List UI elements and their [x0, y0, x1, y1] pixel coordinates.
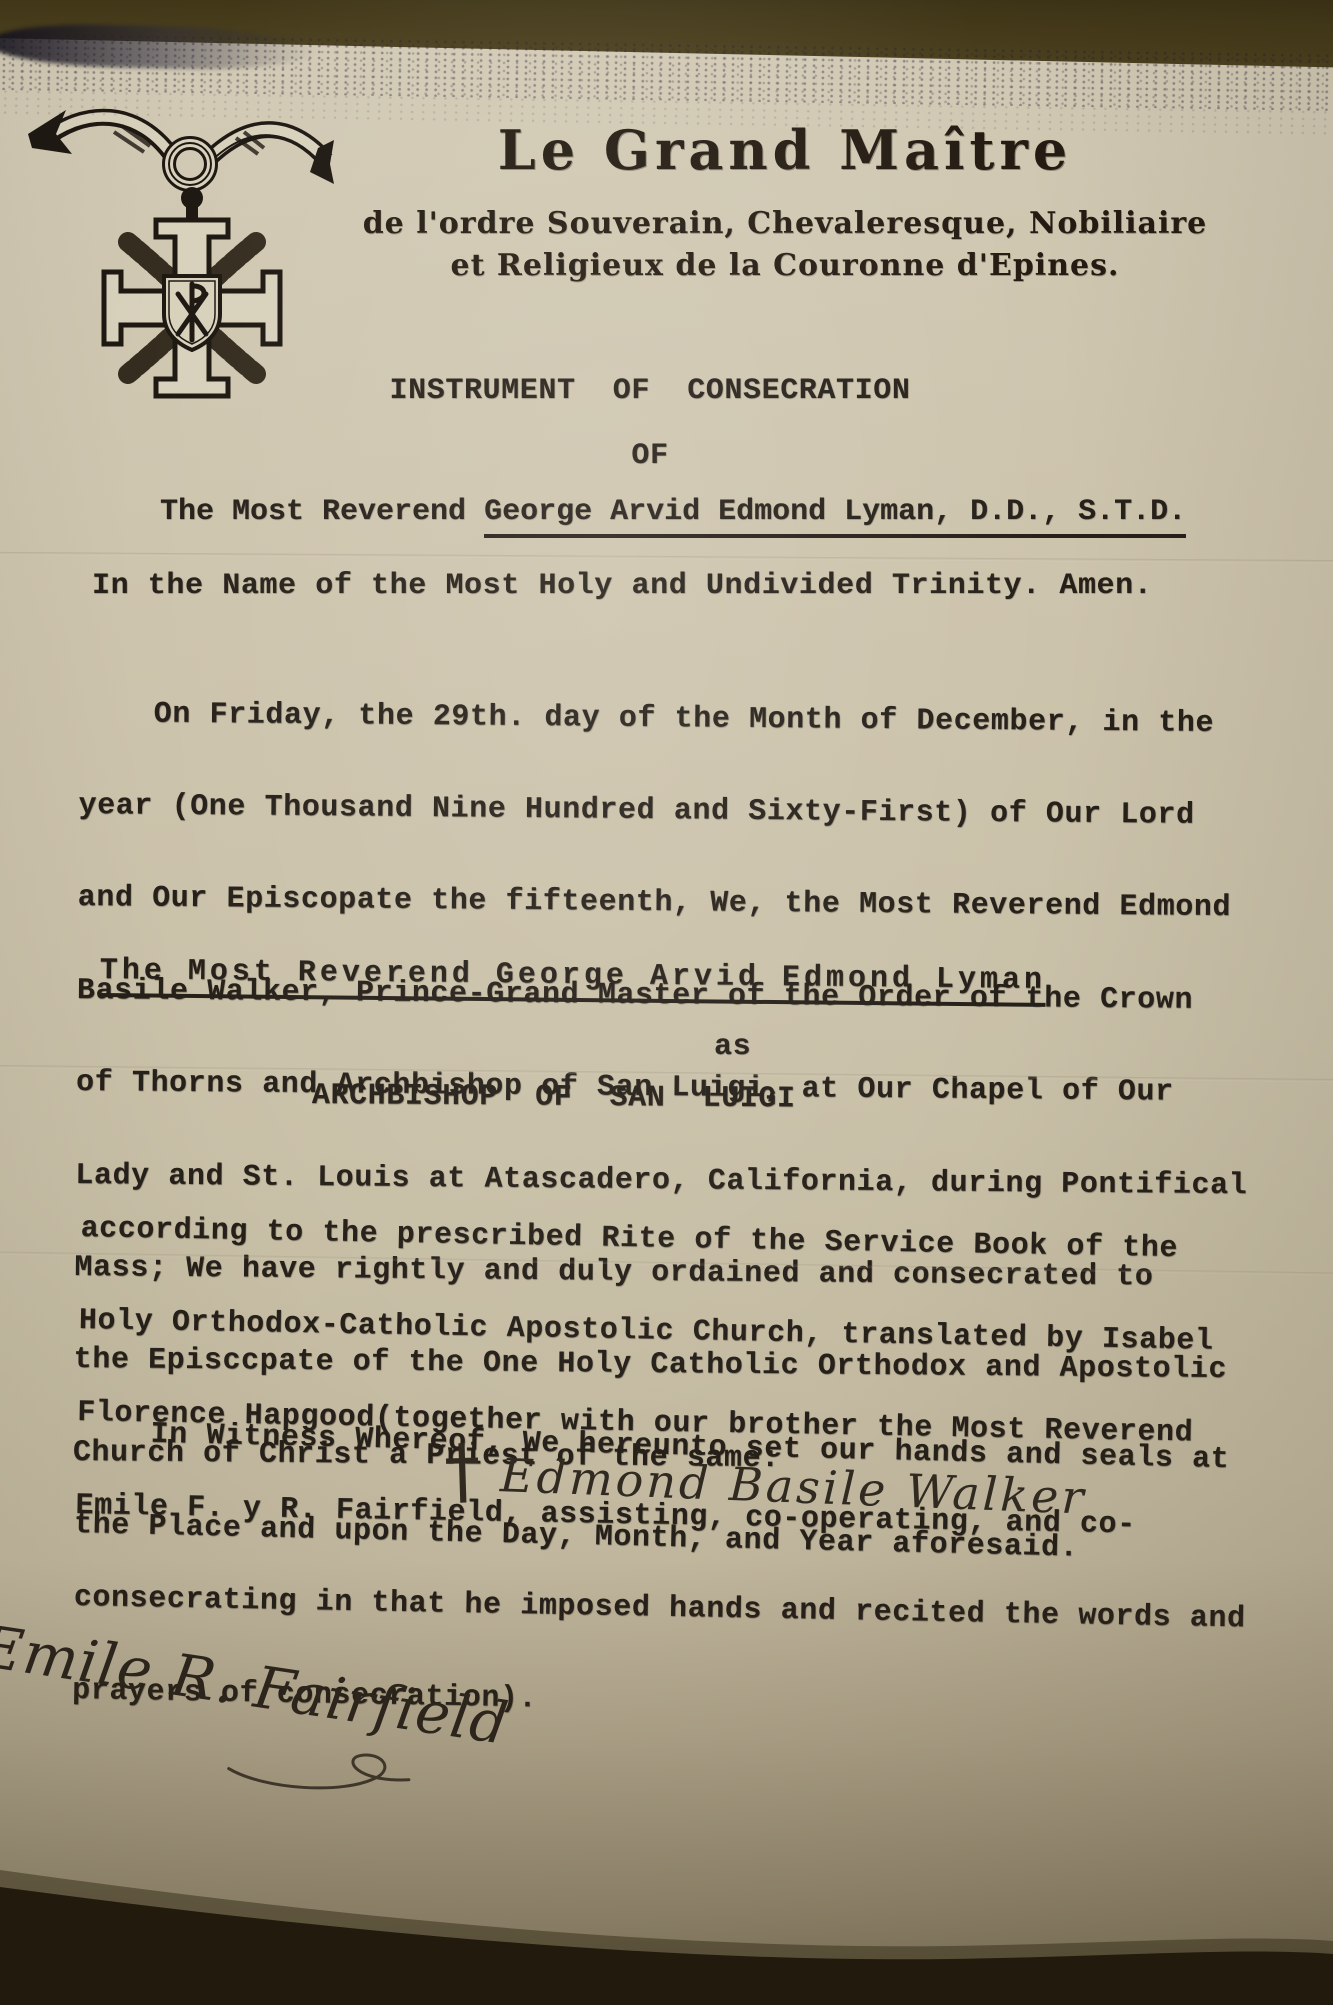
letterhead-subtitle-line1: de l'ordre Souverain, Chevaleresque, Nob… [320, 202, 1250, 246]
photograph-of-document: Le Grand Maître de l'ordre Souverain, Ch… [0, 0, 1333, 2005]
paragraph-line: Holy Orthodox-Catholic Apostolic Church,… [79, 1306, 1251, 1358]
letterhead-subtitle-line2: et Religieux de la Couronne d'Epines. [320, 246, 1250, 286]
table-background-bottom [0, 1855, 1333, 2005]
as-label: as [714, 1032, 751, 1063]
consecrand-line: The Most Reverend George Arvid Edmond Ly… [160, 497, 1186, 528]
invocation-line: In the Name of the Most Holy and Undivid… [92, 571, 1152, 602]
letterhead: Le Grand Maître de l'ordre Souverain, Ch… [320, 120, 1250, 286]
title-conferred: ARCHBISHOP OF SAN LUIGI [312, 1081, 796, 1115]
paragraph-line: according to the prescribed Rite of the … [80, 1214, 1252, 1266]
document-heading: INSTRUMENT OF CONSECRATION [80, 376, 1220, 407]
paragraph-line: On Friday, the 29th. day of the Month of… [79, 699, 1251, 740]
consecrand-name-repeated: The Most Reverend George Arvid Edmond Ly… [100, 956, 1046, 997]
paragraph-line: year (One Thousand Nine Hundred and Sixt… [78, 791, 1250, 832]
signature-cross-mark: † [443, 1428, 482, 1513]
signature-name: Edmond Basile Walker [499, 1448, 1087, 1524]
paragraph-line: and Our Episcopate the fifteenth, We, th… [78, 883, 1250, 924]
consecrand-prefix: The Most Reverend [160, 495, 484, 529]
crown-of-thorns-cross-medal-icon [22, 76, 334, 406]
consecrand-name-underlined: George Arvid Edmond Lyman, D.D., S.T.D. [484, 495, 1186, 538]
document-heading-of: OF [80, 441, 1220, 472]
